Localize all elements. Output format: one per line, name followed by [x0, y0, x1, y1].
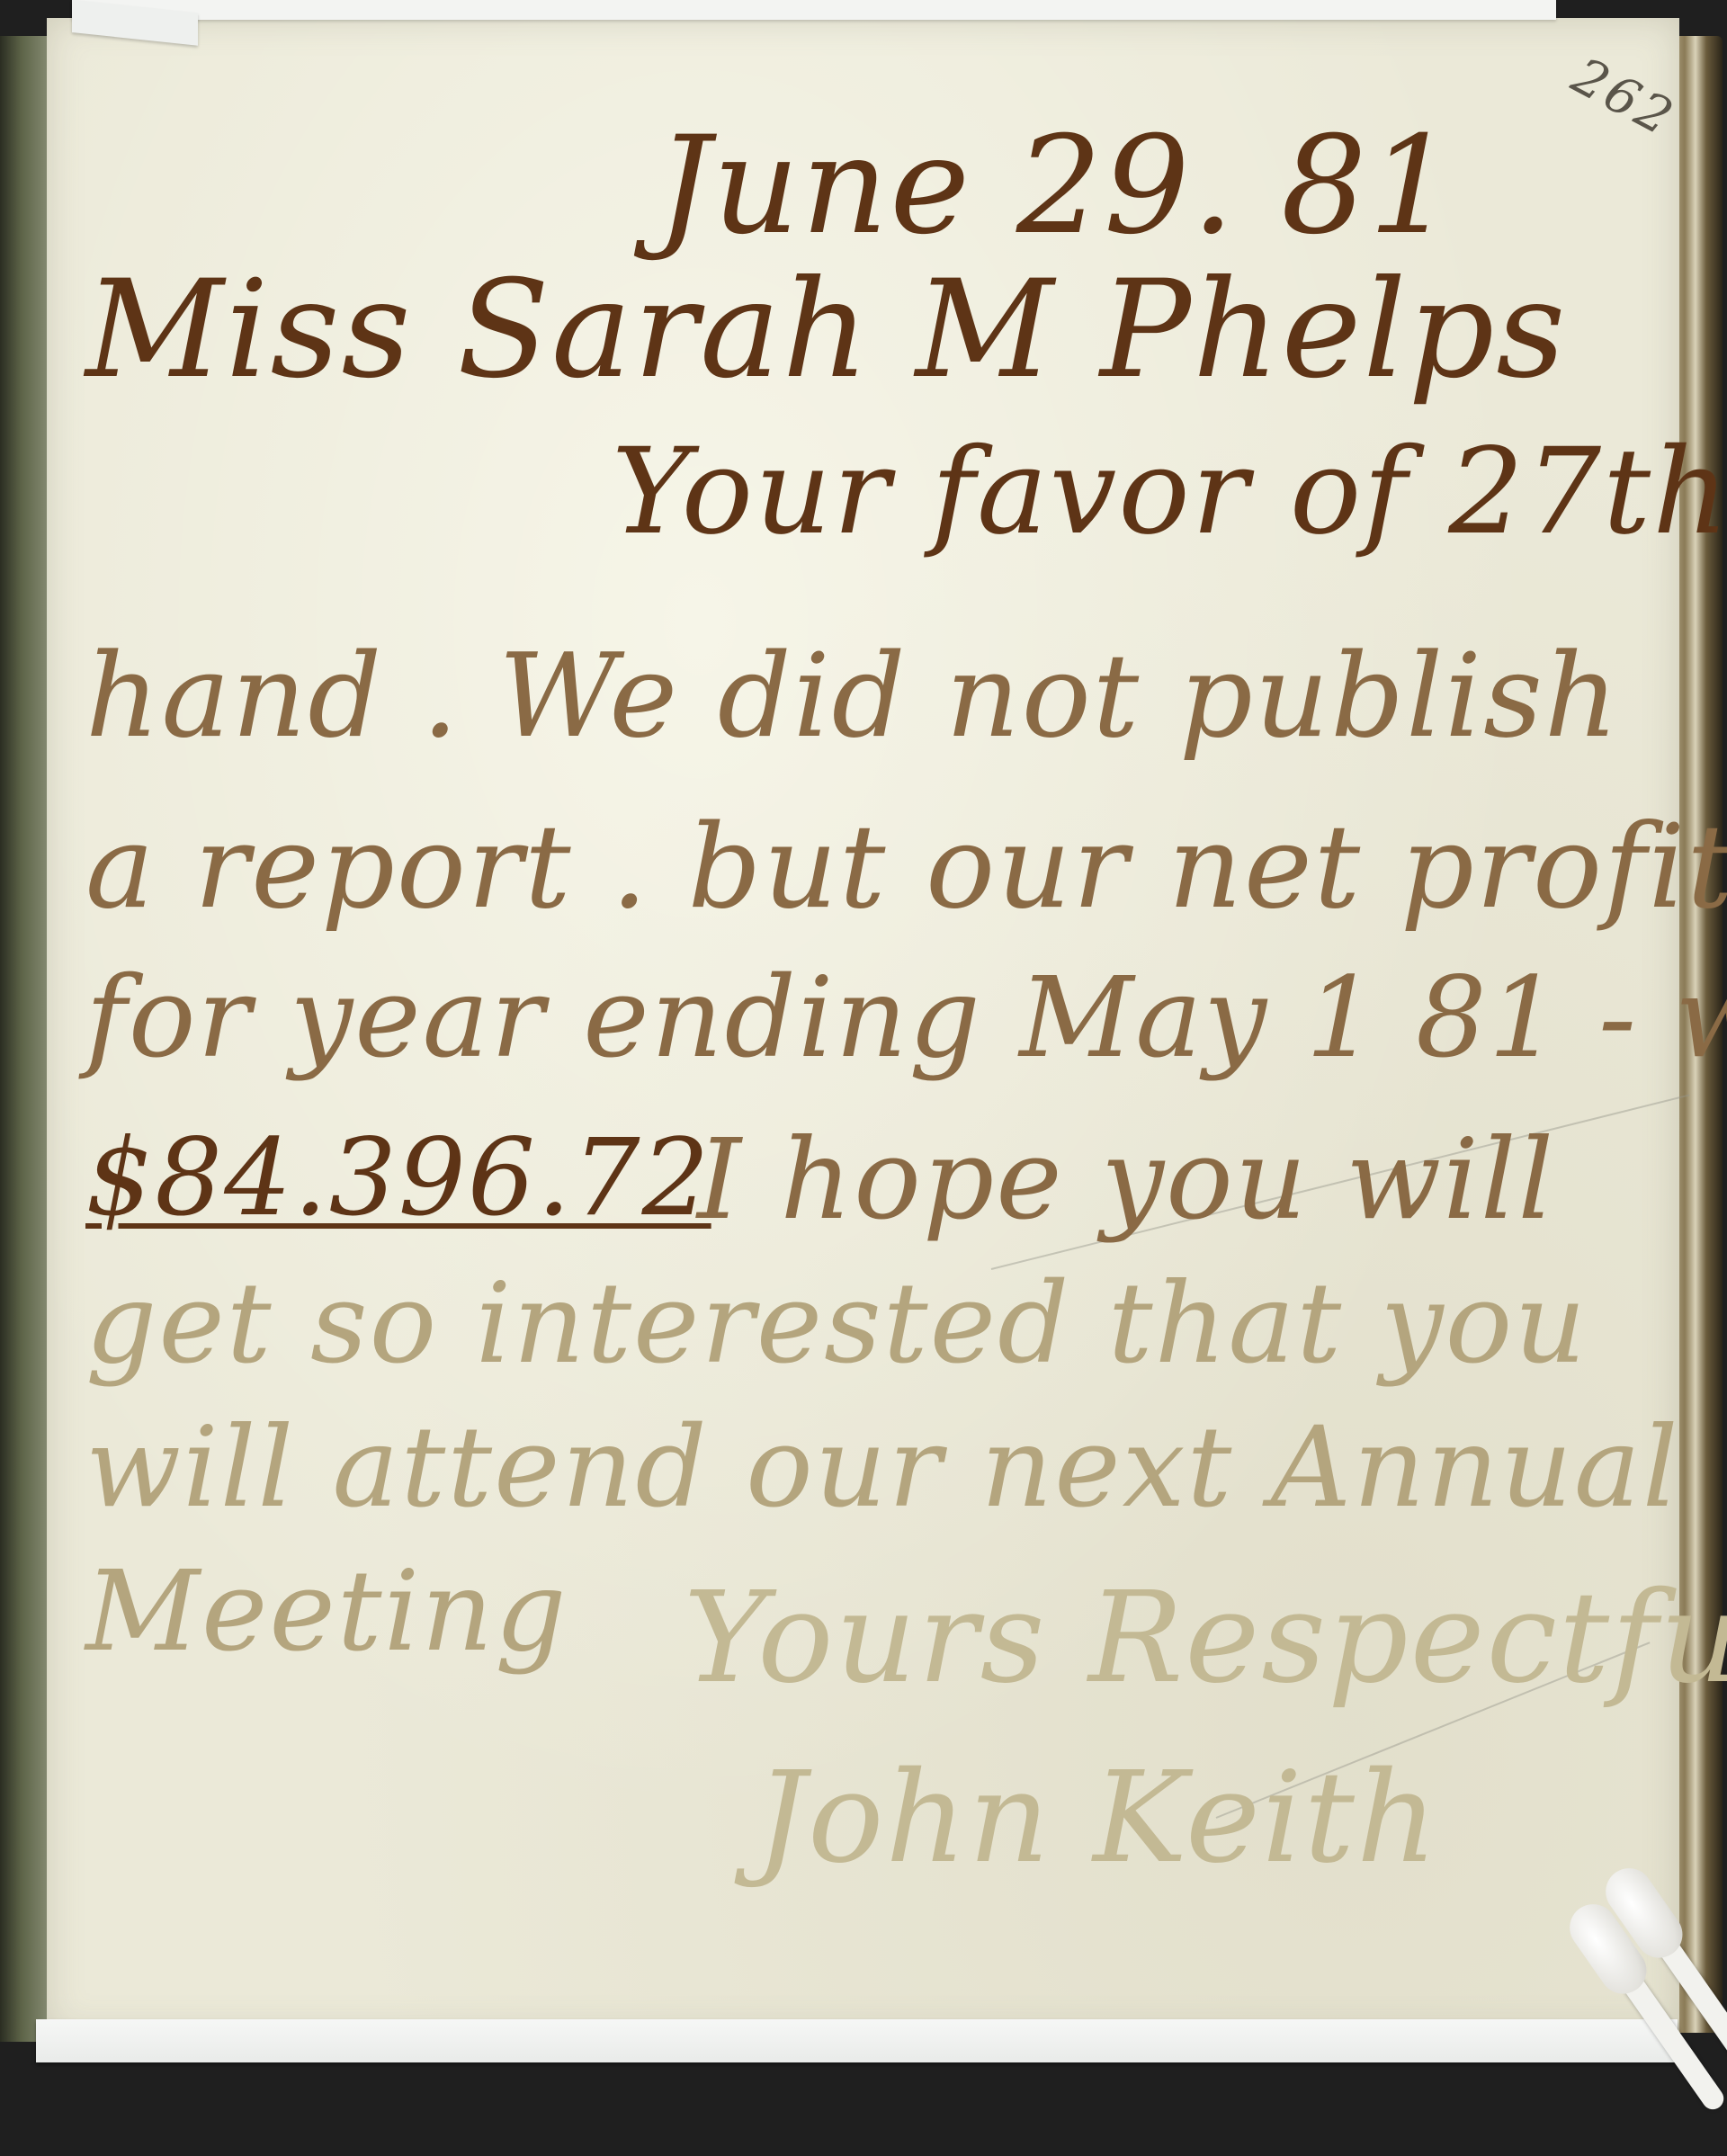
body-line: for year ending May 1 81 - was: [85, 953, 1727, 1083]
body-line: will attend our next Annual: [85, 1403, 1680, 1533]
body-line: get so interested that you: [85, 1259, 1588, 1389]
letter-signature: John Keith: [756, 1745, 1439, 1892]
letter-date: June 29. 81: [657, 108, 1456, 264]
paper-tab-bottom: [36, 2019, 1678, 2062]
letter-closing: Yours Respectfully: [684, 1565, 1727, 1712]
adjacent-page-edge: [0, 36, 54, 2042]
paper-tab-top: [72, 0, 1556, 20]
body-line: I hope you will: [697, 1115, 1555, 1245]
letter-salutation: Miss Sarah M Phelps: [85, 252, 1567, 408]
body-line: Your favor of 27th at: [612, 423, 1727, 561]
body-line: hand . We did not publish: [85, 630, 1620, 764]
body-line: Meeting: [85, 1547, 568, 1677]
profit-amount: $84.396.72: [85, 1115, 711, 1239]
body-line: a report . but our net profit: [85, 801, 1727, 935]
document-scan: 262 June 29. 81 Miss Sarah M Phelps Your…: [0, 0, 1727, 2156]
